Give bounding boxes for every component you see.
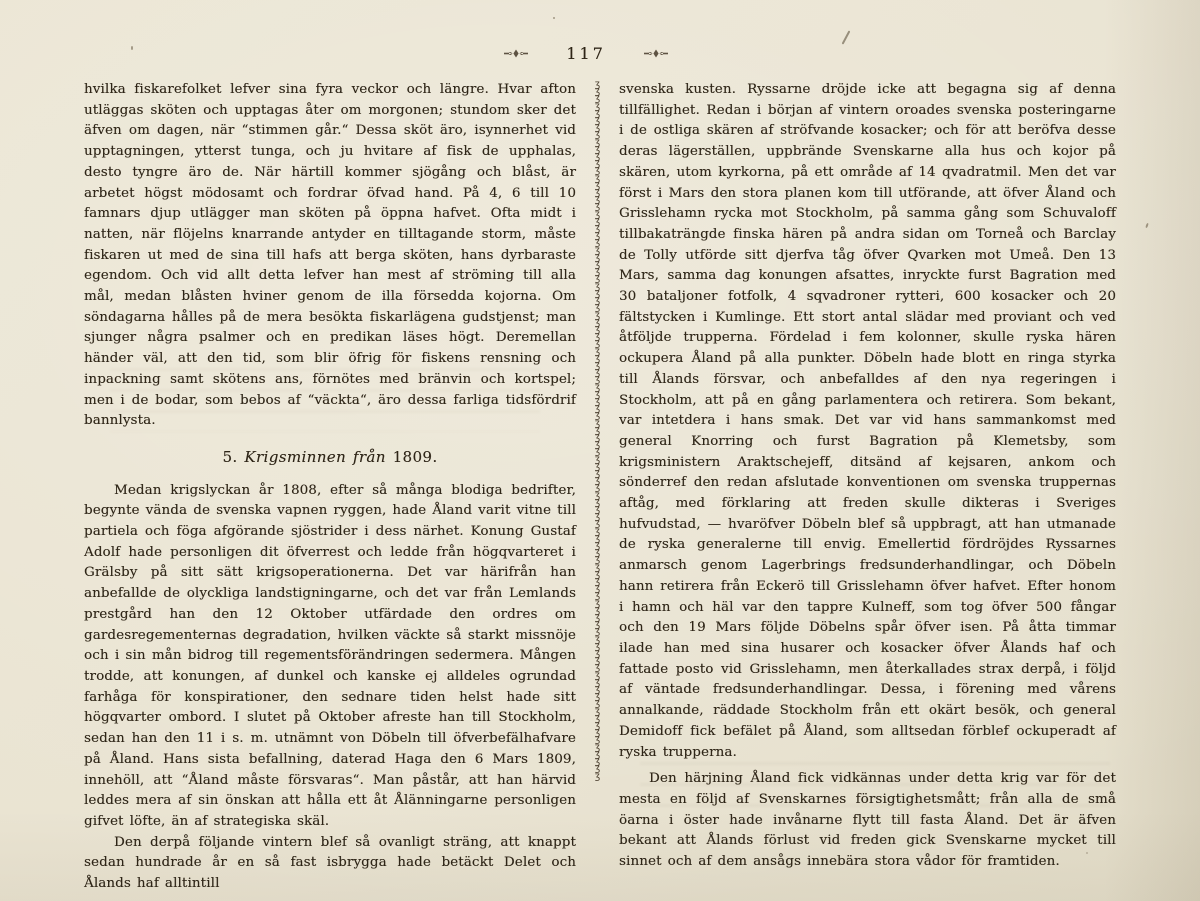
left-paragraph-3: Den derpå följande vintern blef så ovanl… [84, 833, 576, 895]
paper-speck [96, 417, 99, 419]
two-column-text-block: hvilka fiskarefolket lefver sina fyra ve… [84, 80, 1116, 895]
paper-speck [1145, 223, 1149, 228]
right-paragraph-2: Den härjning Åland fick vidkännas under … [619, 769, 1116, 873]
aldus-leaf-fleuron-right-icon [644, 49, 668, 58]
right-paragraph-continuation: svenska kusten. Ryssarne dröjde icke att… [619, 80, 1116, 763]
page-header: 117 [0, 44, 1186, 63]
right-column: svenska kusten. Ryssarne dröjde icke att… [619, 80, 1116, 895]
left-column: hvilka fiskarefolket lefver sina fyra ve… [84, 80, 576, 895]
left-paragraph-2: Medan krigslyckan år 1808, efter så mång… [84, 481, 576, 833]
column-divider-ornament: ʒ ʒ ʒ ʒ ʒ ʒ ʒ ʒ ʒ ʒ ʒ ʒ ʒ ʒ ʒ ʒ ʒ ʒ ʒ ʒ … [587, 80, 609, 781]
section-heading-title: Krigsminnen från [244, 448, 392, 466]
aldus-leaf-fleuron-left-icon [504, 49, 528, 58]
page-number: 117 [566, 44, 606, 63]
paper-speck [1086, 852, 1088, 854]
paper-crease-mark [842, 30, 851, 44]
scanned-page: 117 hvilka fiskarefolket lefver sina fyr… [0, 0, 1200, 901]
section-heading: 5. Krigsminnen från 1809. [84, 447, 576, 468]
paper-speck [131, 46, 133, 50]
paper-speck [553, 17, 555, 19]
section-heading-number: 5. [222, 448, 244, 466]
section-heading-year: 1809. [393, 448, 438, 466]
left-paragraph-continuation: hvilka fiskarefolket lefver sina fyra ve… [84, 80, 576, 432]
